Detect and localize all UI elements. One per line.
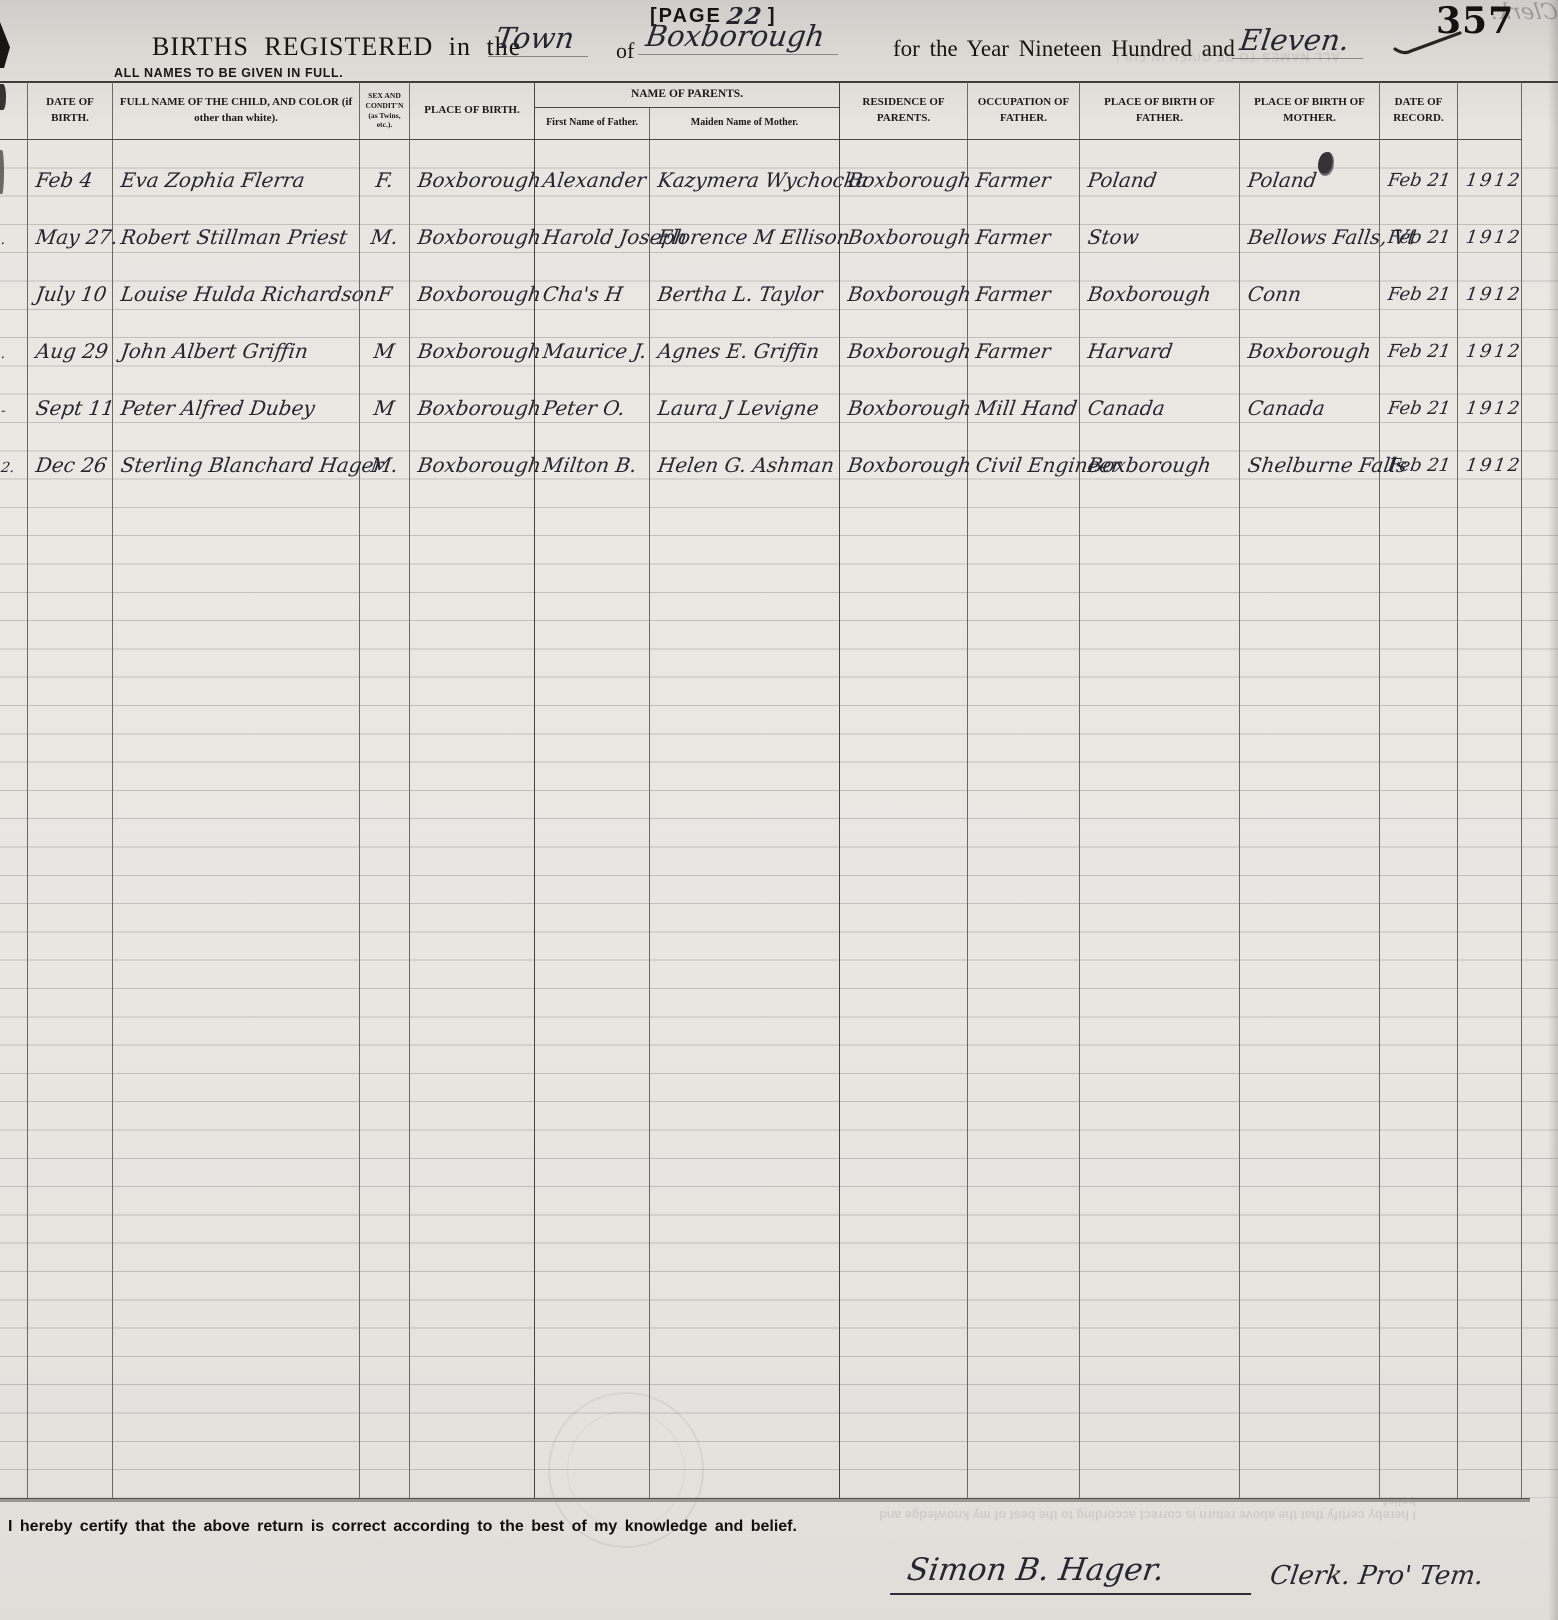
cell-year: 1912 bbox=[1458, 140, 1522, 197]
cell-place-of-birth: Boxborough bbox=[410, 311, 535, 368]
cell-date-of-record: Feb 21 bbox=[1380, 140, 1458, 197]
empty-cell bbox=[1080, 482, 1240, 1498]
cell-residence: Boxborough bbox=[840, 368, 968, 425]
cell-row-stub: . bbox=[0, 311, 28, 368]
cell-pob-father: Boxborough bbox=[1080, 425, 1240, 482]
cell-father-first-name: Milton B. bbox=[535, 425, 650, 482]
cell-pob-mother: Canada bbox=[1240, 368, 1380, 425]
cell-occupation: Farmer bbox=[968, 197, 1080, 254]
empty-cell bbox=[360, 482, 410, 1498]
cell-father-first-name: Alexander bbox=[535, 140, 650, 197]
table-bottom-border bbox=[0, 1498, 1530, 1502]
cell-place-of-birth: Boxborough bbox=[410, 368, 535, 425]
cell-full-name: Sterling Blanchard Hager bbox=[113, 425, 360, 482]
column-header-pob-father: PLACE OF BIRTH OF FATHER. bbox=[1080, 82, 1240, 140]
column-header-place-of-birth: PLACE OF BIRTH. bbox=[410, 82, 535, 140]
column-header-year-stub bbox=[1458, 82, 1522, 140]
cell-year: 1912 bbox=[1458, 368, 1522, 425]
cell-full-name: John Albert Griffin bbox=[113, 311, 360, 368]
cell-place-of-birth: Boxborough bbox=[410, 425, 535, 482]
cell-place-of-birth: Boxborough bbox=[410, 254, 535, 311]
check-mark-icon bbox=[1392, 30, 1464, 63]
cell-sex: M bbox=[360, 311, 410, 368]
column-header-occupation: OCCUPATION OF FATHER. bbox=[968, 82, 1080, 140]
cell-residence: Boxborough bbox=[840, 197, 968, 254]
column-header-father-first-name: First Name of Father. bbox=[535, 108, 650, 139]
cell-father-first-name: Maurice J. bbox=[535, 311, 650, 368]
cell-mother-maiden-name: Bertha L. Taylor bbox=[650, 254, 840, 311]
empty-cell bbox=[968, 482, 1080, 1498]
cell-date-of-birth: Dec 26 bbox=[28, 425, 113, 482]
cell-row-stub: - bbox=[0, 368, 28, 425]
parents-subheaders: First Name of Father. Maiden Name of Mot… bbox=[535, 108, 839, 139]
cell-pob-mother: Boxborough bbox=[1240, 311, 1380, 368]
empty-cell bbox=[410, 482, 535, 1498]
cell-date-of-record: Feb 21 bbox=[1380, 254, 1458, 311]
ink-smudge bbox=[0, 22, 10, 68]
column-header-pob-mother: PLACE OF BIRTH OF MOTHER. bbox=[1240, 82, 1380, 140]
cell-residence: Boxborough bbox=[840, 311, 968, 368]
cell-pob-father: Canada bbox=[1080, 368, 1240, 425]
cell-date-of-record: Feb 21 bbox=[1380, 311, 1458, 368]
parents-group-label: NAME OF PARENTS. bbox=[535, 82, 839, 108]
cell-full-name: Eva Zophia Flerra bbox=[113, 140, 360, 197]
cell-row-stub bbox=[0, 140, 28, 197]
column-header-full-name: FULL NAME OF THE CHILD, AND COLOR (if ot… bbox=[113, 82, 360, 140]
cell-date-of-birth: Sept 11 bbox=[28, 368, 113, 425]
handwritten-boxborough: Boxborough bbox=[644, 22, 826, 51]
cell-father-first-name: Cha's H bbox=[535, 254, 650, 311]
column-header-mother-maiden-name: Maiden Name of Mother. bbox=[650, 108, 839, 139]
cell-father-first-name: Harold Joseph bbox=[535, 197, 650, 254]
title-blank-year: Eleven. bbox=[1232, 26, 1363, 59]
cell-occupation: Civil Engineer bbox=[968, 425, 1080, 482]
signature-block: Simon B. Hager. Clerk. Pro' Tem. bbox=[893, 1552, 1482, 1595]
empty-cell bbox=[650, 482, 840, 1498]
title-blank-townname: Boxborough bbox=[638, 22, 838, 55]
page-title-of: of bbox=[616, 38, 634, 64]
empty-cell bbox=[0, 482, 28, 1498]
cell-sex: M bbox=[360, 368, 410, 425]
cell-year: 1912 bbox=[1458, 197, 1522, 254]
page-edge-shadow bbox=[1548, 0, 1558, 1620]
cell-pob-father: Boxborough bbox=[1080, 254, 1240, 311]
cell-sex: F. bbox=[360, 140, 410, 197]
cell-occupation: Farmer bbox=[968, 254, 1080, 311]
cell-mother-maiden-name: Helen G. Ashman bbox=[650, 425, 840, 482]
title-blank-town: Town bbox=[488, 24, 588, 57]
cell-occupation: Farmer bbox=[968, 140, 1080, 197]
column-header-date-of-record: DATE OF RECORD. bbox=[1380, 82, 1458, 140]
cell-date-of-birth: Feb 4 bbox=[28, 140, 113, 197]
cell-occupation: Mill Hand bbox=[968, 368, 1080, 425]
cell-mother-maiden-name: Kazymera Wychocka bbox=[650, 140, 840, 197]
column-header-residence: RESIDENCE OF PARENTS. bbox=[840, 82, 968, 140]
cell-residence: Boxborough bbox=[840, 254, 968, 311]
column-header-date-of-birth: DATE OF BIRTH. bbox=[28, 82, 113, 140]
ink-smudge bbox=[0, 84, 6, 110]
cell-mother-maiden-name: Laura J Levigne bbox=[650, 368, 840, 425]
cell-pob-mother: Shelburne Falls bbox=[1240, 425, 1380, 482]
cell-pob-mother: Bellows Falls, Vt bbox=[1240, 197, 1380, 254]
cell-occupation: Farmer bbox=[968, 311, 1080, 368]
column-header-sex: SEX AND CONDIT'N (as Twins, etc.). bbox=[360, 82, 410, 140]
certification-statement: I hereby certify that the above return i… bbox=[8, 1518, 848, 1536]
column-header-name-of-parents: NAME OF PARENTS. First Name of Father. M… bbox=[535, 82, 840, 140]
cell-residence: Boxborough bbox=[840, 140, 968, 197]
cell-full-name: Louise Hulda Richardson bbox=[113, 254, 360, 311]
cell-place-of-birth: Boxborough bbox=[410, 140, 535, 197]
cell-mother-maiden-name: Agnes E. Griffin bbox=[650, 311, 840, 368]
cell-year: 1912 bbox=[1458, 254, 1522, 311]
cell-full-name: Peter Alfred Dubey bbox=[113, 368, 360, 425]
empty-cell bbox=[1380, 482, 1458, 1498]
cell-pob-father: Stow bbox=[1080, 197, 1240, 254]
cell-row-stub: . bbox=[0, 197, 28, 254]
all-names-note: ALL NAMES TO BE GIVEN IN FULL. bbox=[114, 66, 343, 80]
cell-pob-father: Harvard bbox=[1080, 311, 1240, 368]
cell-year: 1912 bbox=[1458, 311, 1522, 368]
empty-cell bbox=[1240, 482, 1380, 1498]
cell-pob-mother: Poland bbox=[1240, 140, 1380, 197]
cell-year: 1912 bbox=[1458, 425, 1522, 482]
cell-full-name: Robert Stillman Priest bbox=[113, 197, 360, 254]
empty-cell bbox=[1458, 482, 1522, 1498]
empty-cell bbox=[840, 482, 968, 1498]
cell-date-of-birth: May 27. bbox=[28, 197, 113, 254]
cell-place-of-birth: Boxborough bbox=[410, 197, 535, 254]
handwritten-eleven: Eleven. bbox=[1238, 26, 1351, 55]
births-register-table: DATE OF BIRTH. FULL NAME OF THE CHILD, A… bbox=[0, 82, 1522, 1498]
ink-smudge bbox=[0, 150, 4, 194]
cell-date-of-birth: Aug 29 bbox=[28, 311, 113, 368]
cell-residence: Boxborough bbox=[840, 425, 968, 482]
cell-father-first-name: Peter O. bbox=[535, 368, 650, 425]
cell-mother-maiden-name: Florence M Ellison bbox=[650, 197, 840, 254]
cell-pob-mother: Conn bbox=[1240, 254, 1380, 311]
page-title-year: for the Year Nineteen Hundred and bbox=[893, 36, 1235, 62]
cell-row-stub: 2. bbox=[0, 425, 28, 482]
empty-cell bbox=[28, 482, 113, 1498]
cell-pob-father: Poland bbox=[1080, 140, 1240, 197]
cell-row-stub bbox=[0, 254, 28, 311]
empty-cell bbox=[535, 482, 650, 1498]
cell-date-of-record: Feb 21 bbox=[1380, 368, 1458, 425]
cell-date-of-birth: July 10 bbox=[28, 254, 113, 311]
cell-sex: M. bbox=[360, 197, 410, 254]
clerk-signature: Simon B. Hager. bbox=[890, 1552, 1257, 1595]
empty-cell bbox=[113, 482, 360, 1498]
handwritten-town: Town bbox=[494, 24, 576, 53]
clerk-title: Clerk. Pro' Tem. bbox=[1267, 1561, 1485, 1595]
page-title: BIRTHS REGISTERED in the bbox=[152, 32, 521, 62]
